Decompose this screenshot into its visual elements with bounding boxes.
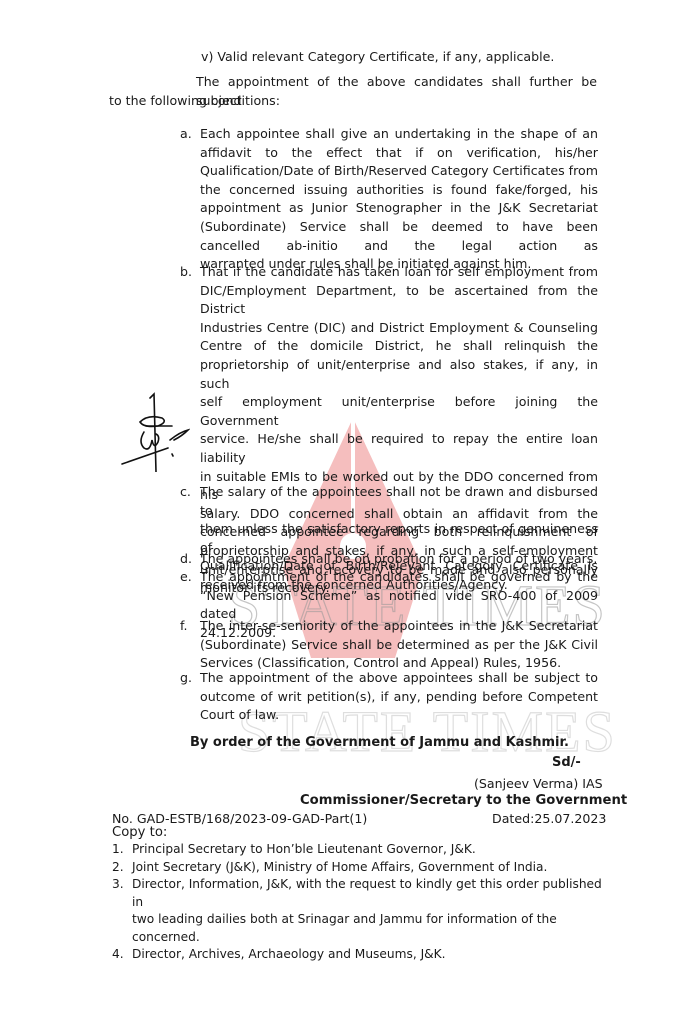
condition-marker: f.	[180, 617, 188, 636]
condition-line: The appointees shall be on probation for…	[200, 550, 598, 569]
order-date: Dated:25.07.2023	[492, 809, 606, 828]
copy-to-item: 4. Director, Archives, Archaeology and M…	[112, 946, 602, 964]
condition-line: proprietorship of unit/enterprise and al…	[200, 356, 598, 393]
condition-a: a. Each appointee shall give an undertak…	[180, 125, 598, 274]
condition-line: The inter-se-seniority of the appointees…	[200, 617, 598, 636]
sd-mark: Sd/-	[552, 753, 581, 772]
condition-line: DIC/Employment Department, to be ascerta…	[200, 282, 598, 319]
condition-line: The appointment of the above appointees …	[200, 669, 598, 688]
condition-body: Each appointee shall give an undertaking…	[200, 125, 598, 274]
condition-line: The salary of the appointees shall not b…	[200, 483, 598, 520]
copy-to-marker: 4.	[112, 946, 124, 964]
condition-marker: e.	[180, 568, 192, 587]
copy-to-label: Copy to:	[112, 823, 167, 842]
condition-body: The appointment of the above appointees …	[200, 669, 598, 725]
condition-line: service. He/she shall be required to rep…	[200, 430, 598, 467]
copy-to-line: two leading dailies both at Srinagar and…	[132, 911, 602, 946]
condition-line: That if the candidate has taken loan for…	[200, 263, 598, 282]
condition-line: appointment as Junior Stenographer in th…	[200, 199, 598, 218]
condition-line: Each appointee shall give an undertaking…	[200, 125, 598, 144]
condition-d: d. The appointees shall be on probation …	[180, 550, 598, 569]
condition-line: (Subordinate) Service shall be deemed to…	[200, 218, 598, 237]
copy-to-marker: 2.	[112, 859, 124, 877]
document-page: STATE TIMES STATE TIMES v) Valid relevan…	[0, 0, 685, 1024]
condition-marker: g.	[180, 669, 192, 688]
condition-line: cancelled ab-initio and the legal action…	[200, 237, 598, 256]
copy-to-line: Director, Archives, Archaeology and Muse…	[132, 946, 602, 964]
condition-line: Court of law.	[200, 706, 598, 725]
copy-to-line: Director, Information, J&K, with the req…	[132, 876, 602, 911]
copy-to-line: Principal Secretary to Hon’ble Lieutenan…	[132, 841, 602, 859]
copy-to-line: Joint Secretary (J&K), Ministry of Home …	[132, 859, 602, 877]
order-line: By order of the Government of Jammu and …	[190, 733, 569, 752]
signatory-title: Commissioner/Secretary to the Government	[300, 791, 627, 810]
condition-line: (Subordinate) Service shall be determine…	[200, 636, 598, 655]
copy-to-list: 1. Principal Secretary to Hon’ble Lieute…	[112, 841, 602, 964]
condition-marker: a.	[180, 125, 192, 144]
condition-line: outcome of writ petition(s), if any, pen…	[200, 688, 598, 707]
intro-paragraph-line-2: to the following conditions:	[109, 91, 280, 110]
copy-to-item: 2. Joint Secretary (J&K), Ministry of Ho…	[112, 859, 602, 877]
copy-to-marker: 3.	[112, 876, 124, 894]
condition-marker: c.	[180, 483, 191, 502]
condition-line: Industries Centre (DIC) and District Emp…	[200, 319, 598, 338]
condition-line: the concerned issuing authorities is fou…	[200, 181, 598, 200]
copy-to-item: 3. Director, Information, J&K, with the …	[112, 876, 602, 946]
condition-line: Centre of the domicile District, he shal…	[200, 337, 598, 356]
condition-line: self employment unit/enterprise before j…	[200, 393, 598, 430]
condition-line: The appointment of the candidates shall …	[200, 568, 598, 587]
condition-marker: d.	[180, 550, 192, 569]
condition-g: g. The appointment of the above appointe…	[180, 669, 598, 725]
condition-body: The inter-se-seniority of the appointees…	[200, 617, 598, 673]
intro-item: v) Valid relevant Category Certificate, …	[201, 47, 554, 66]
copy-to-marker: 1.	[112, 841, 124, 859]
condition-line: affidavit to the effect that if on verif…	[200, 144, 598, 163]
copy-to-item: 1. Principal Secretary to Hon’ble Lieute…	[112, 841, 602, 859]
condition-f: f. The inter-se-seniority of the appoint…	[180, 617, 598, 673]
condition-body: The appointees shall be on probation for…	[200, 550, 598, 569]
condition-marker: b.	[180, 263, 192, 282]
condition-line: Qualification/Date of Birth/Reserved Cat…	[200, 162, 598, 181]
